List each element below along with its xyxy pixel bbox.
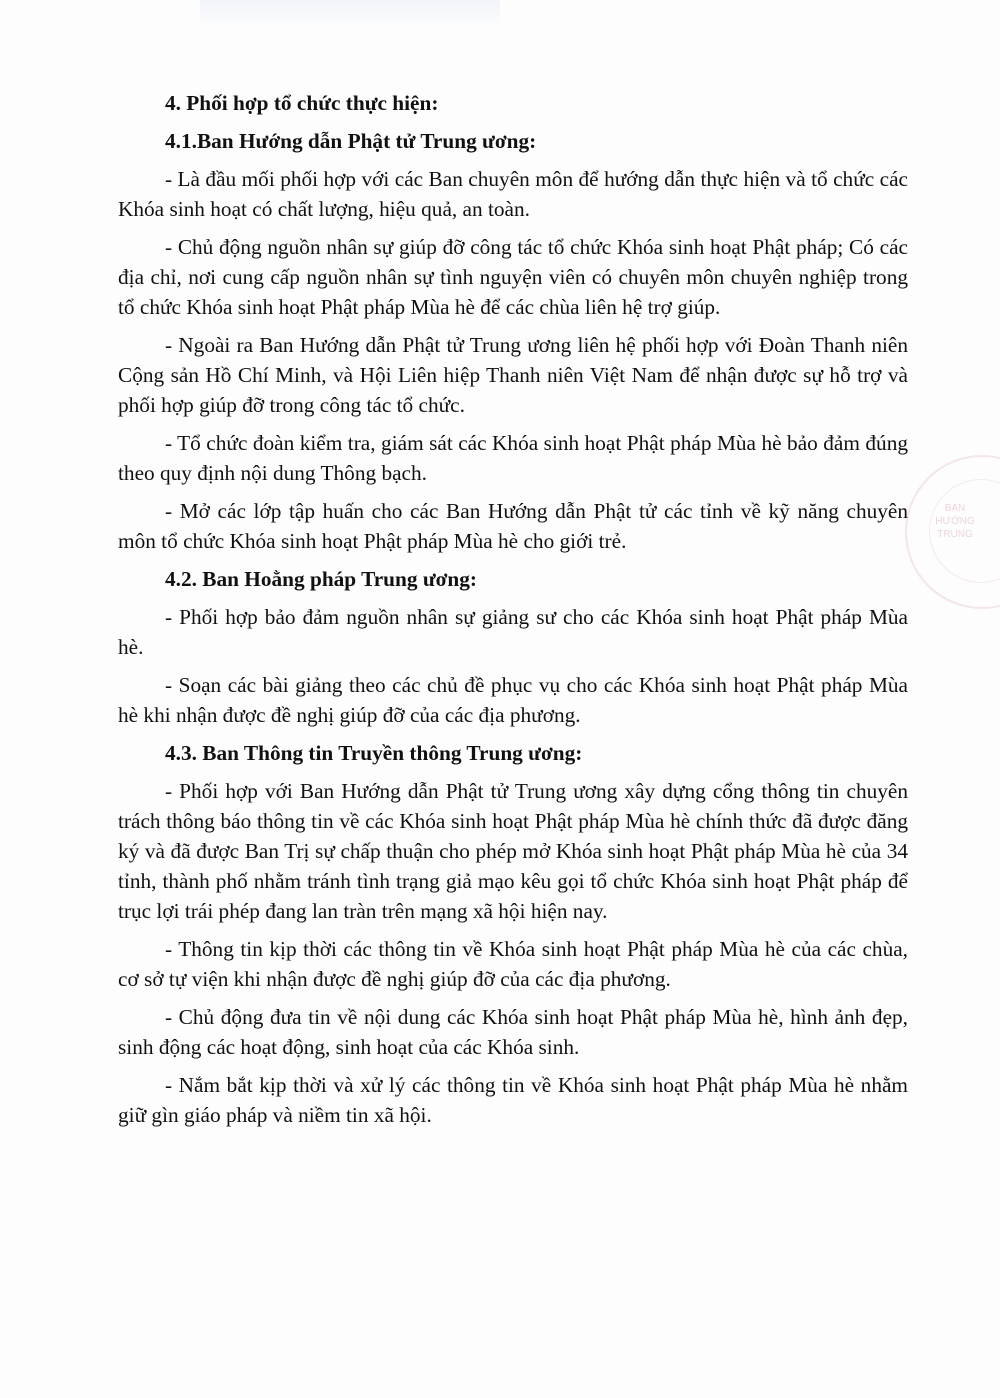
paragraph: - Phối hợp bảo đảm nguồn nhân sự giảng s… — [118, 602, 908, 662]
paragraph: - Tổ chức đoàn kiểm tra, giám sát các Kh… — [118, 428, 908, 488]
paragraph: - Chủ động đưa tin về nội dung các Khóa … — [118, 1002, 908, 1062]
document-page: 4. Phối hợp tổ chức thực hiện: 4.1.Ban H… — [118, 88, 908, 1138]
paragraph: - Soạn các bài giảng theo các chủ đề phụ… — [118, 670, 908, 730]
seal-text: BAN HƯỚNG TRUNG — [925, 502, 985, 541]
scan-artifact — [200, 0, 500, 30]
section-heading-4: 4. Phối hợp tổ chức thực hiện: — [118, 88, 908, 118]
paragraph: - Chủ động nguồn nhân sự giúp đỡ công tá… — [118, 232, 908, 322]
subsection-heading-4-3: 4.3. Ban Thông tin Truyền thông Trung ươ… — [118, 738, 908, 768]
seal-line: BAN — [925, 502, 985, 515]
paragraph: - Ngoài ra Ban Hướng dẫn Phật tử Trung ư… — [118, 330, 908, 420]
paragraph: - Là đầu mối phối hợp với các Ban chuyên… — [118, 164, 908, 224]
paragraph: - Thông tin kịp thời các thông tin về Kh… — [118, 934, 908, 994]
paragraph: - Mở các lớp tập huấn cho các Ban Hướng … — [118, 496, 908, 556]
paragraph: - Nắm bắt kịp thời và xử lý các thông ti… — [118, 1070, 908, 1130]
seal-line: TRUNG — [925, 528, 985, 541]
subsection-heading-4-2: 4.2. Ban Hoằng pháp Trung ương: — [118, 564, 908, 594]
official-seal-stamp: BAN HƯỚNG TRUNG — [905, 455, 1000, 609]
paragraph: - Phối hợp với Ban Hướng dẫn Phật tử Tru… — [118, 776, 908, 926]
seal-inner-ring — [929, 479, 1000, 583]
subsection-heading-4-1: 4.1.Ban Hướng dẫn Phật tử Trung ương: — [118, 126, 908, 156]
seal-line: HƯỚNG — [925, 515, 985, 528]
